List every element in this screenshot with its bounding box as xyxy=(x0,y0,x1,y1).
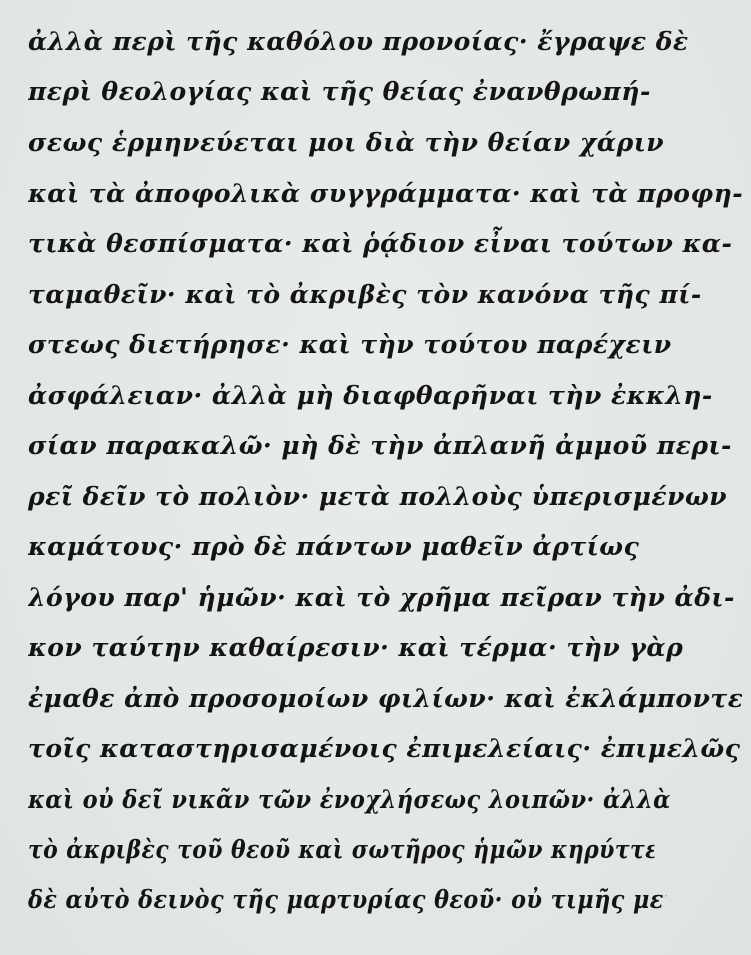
manuscript-line: καὶ τὰ ἀποφολικὰ συγγράμματα· καὶ τὰ προ… xyxy=(28,172,743,216)
manuscript-line: ταμαθεῖν· καὶ τὸ ἀκριβὲς τὸν κανόνα τῆς … xyxy=(28,273,743,317)
manuscript-page: ἀλλὰ περὶ τῆς καθόλου προνοίας· ἔγραψε δ… xyxy=(0,0,751,955)
manuscript-line: τικὰ θεσπίσματα· καὶ ῥᾴδιον εἶναι τούτων… xyxy=(28,222,743,266)
manuscript-line: λόγου παρ' ἡμῶν· καὶ τὸ χρῆμα πεῖραν τὴν… xyxy=(28,576,743,620)
manuscript-line: δὲ αὐτὸ δεινὸς τῆς μαρτυρίας θεοῦ· οὐ τι… xyxy=(28,878,666,922)
manuscript-line: ἀλλὰ περὶ τῆς καθόλου προνοίας· ἔγραψε δ… xyxy=(28,20,743,64)
manuscript-line: ἀσφάλειαν· ἀλλὰ μὴ διαφθαρῆναι τὴν ἐκκλη… xyxy=(28,374,743,418)
manuscript-line: τὸ ἀκριβὲς τοῦ θεοῦ καὶ σωτῆρος ἡμῶν κηρ… xyxy=(28,828,655,872)
manuscript-line: τοῖς καταστηρισαμένοις ἐπιμελείαις· ἐπιμ… xyxy=(28,727,743,771)
manuscript-line: ἐμαθε ἀπὸ προσομοίων φιλίων· καὶ ἐκλάμπο… xyxy=(28,677,742,721)
manuscript-line: καμάτους· πρὸ δὲ πάντων μαθεῖν ἀρτίως xyxy=(28,525,743,569)
manuscript-line: στεως διετήρησε· καὶ τὴν τούτου παρέχειν xyxy=(28,323,743,367)
manuscript-line: καὶ οὐ δεῖ νικᾶν τῶν ἐνοχλήσεως λοιπῶν· … xyxy=(28,778,670,822)
manuscript-line: σίαν παρακαλῶ· μὴ δὲ τὴν ἀπλανῆ ἀμμοῦ πε… xyxy=(28,424,743,468)
manuscript-line: περὶ θεολογίας καὶ τῆς θείας ἐνανθρωπή- xyxy=(28,70,743,114)
manuscript-line: ρεῖ δεῖν τὸ πολιὸν· μετὰ πολλοὺς ὑπερισμ… xyxy=(28,475,743,519)
manuscript-line: σεως ἑρμηνεύεται μοι διὰ τὴν θείαν χάριν xyxy=(28,121,743,165)
manuscript-line: κον ταύτην καθαίρεσιν· καὶ τέρμα· τὴν γὰ… xyxy=(28,626,743,670)
